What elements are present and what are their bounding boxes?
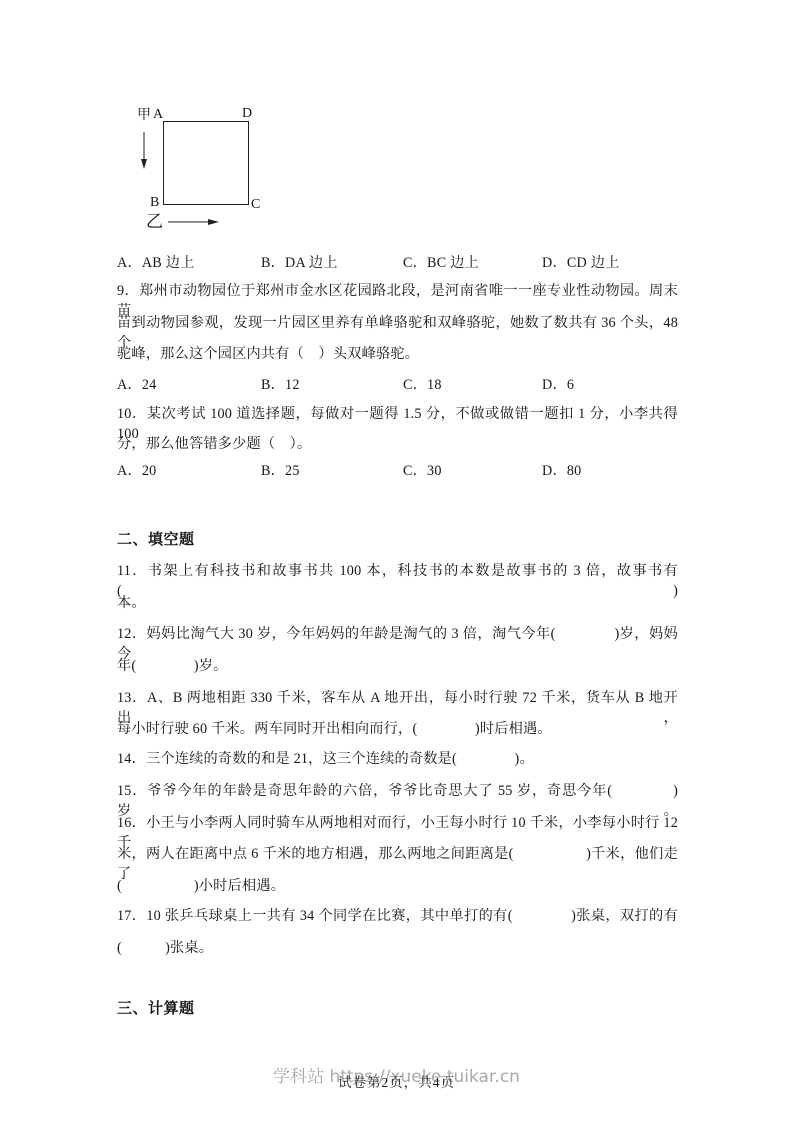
question-14-line-1: 14．三个连续的奇数的和是 21，这三个连续的奇数是( )。 xyxy=(117,749,678,769)
question-17-line-2: ( )张桌。 xyxy=(117,938,678,958)
section-2-heading: 二、填空题 xyxy=(117,530,195,550)
option-b: B．25 xyxy=(261,461,403,481)
question-12-line-2: 年( )岁。 xyxy=(117,656,678,676)
option-a: A．AB 边上 xyxy=(117,253,261,273)
option-c: C．18 xyxy=(403,375,542,395)
question-9-line-3: 驼峰，那么这个园区内共有（ ）头双峰骆驼。 xyxy=(117,344,678,364)
diagram-label-b: B xyxy=(150,196,159,210)
down-arrow-icon xyxy=(138,130,150,170)
diagram-label-d: D xyxy=(242,107,252,121)
option-d: D．80 xyxy=(542,461,678,481)
question-10-line-2: 分，那么他答错多少题（ ）。 xyxy=(117,434,678,454)
question-11-line-2: 本。 xyxy=(117,593,678,613)
section-3-heading: 三、计算题 xyxy=(117,999,195,1019)
square-shape xyxy=(163,121,249,205)
question-13-line-2: 每小时行驶 60 千米。两车同时开出相向而行，( )时后相遇。 xyxy=(117,719,678,739)
question-17-line-1: 17．10 张乒乓球桌上一共有 34 个同学在比赛，其中单打的有( )张桌，双打… xyxy=(117,906,678,926)
question-8-options: A．AB 边上 B．DA 边上 C．BC 边上 D．CD 边上 xyxy=(117,253,678,273)
page-number-info: 试卷第2页，共4页 xyxy=(0,1073,793,1093)
option-a: A．20 xyxy=(117,461,261,481)
option-a: A．24 xyxy=(117,375,261,395)
question-10-options: A．20 B．25 C．30 D．80 xyxy=(117,461,678,481)
diagram-label-a: A xyxy=(153,108,163,122)
option-d: D．6 xyxy=(542,375,678,395)
question-16-line-3: ( )小时后相遇。 xyxy=(117,876,678,896)
diagram-label-c: C xyxy=(251,198,260,212)
diagram-label-jia: 甲 xyxy=(137,109,151,123)
option-c: C．BC 边上 xyxy=(403,253,542,273)
question-9-options: A．24 B．12 C．18 D．6 xyxy=(117,375,678,395)
exam-page: 甲 A D B C 乙 A．AB 边上 B．DA 边上 C．BC 边上 D．CD… xyxy=(0,0,793,1122)
right-arrow-icon xyxy=(166,216,222,228)
option-b: B．DA 边上 xyxy=(261,253,403,273)
option-d: D．CD 边上 xyxy=(542,253,678,273)
option-b: B．12 xyxy=(261,375,403,395)
square-direction-diagram: 甲 A D B C 乙 xyxy=(117,103,337,243)
option-c: C．30 xyxy=(403,461,542,481)
diagram-label-yi: 乙 xyxy=(146,213,163,230)
